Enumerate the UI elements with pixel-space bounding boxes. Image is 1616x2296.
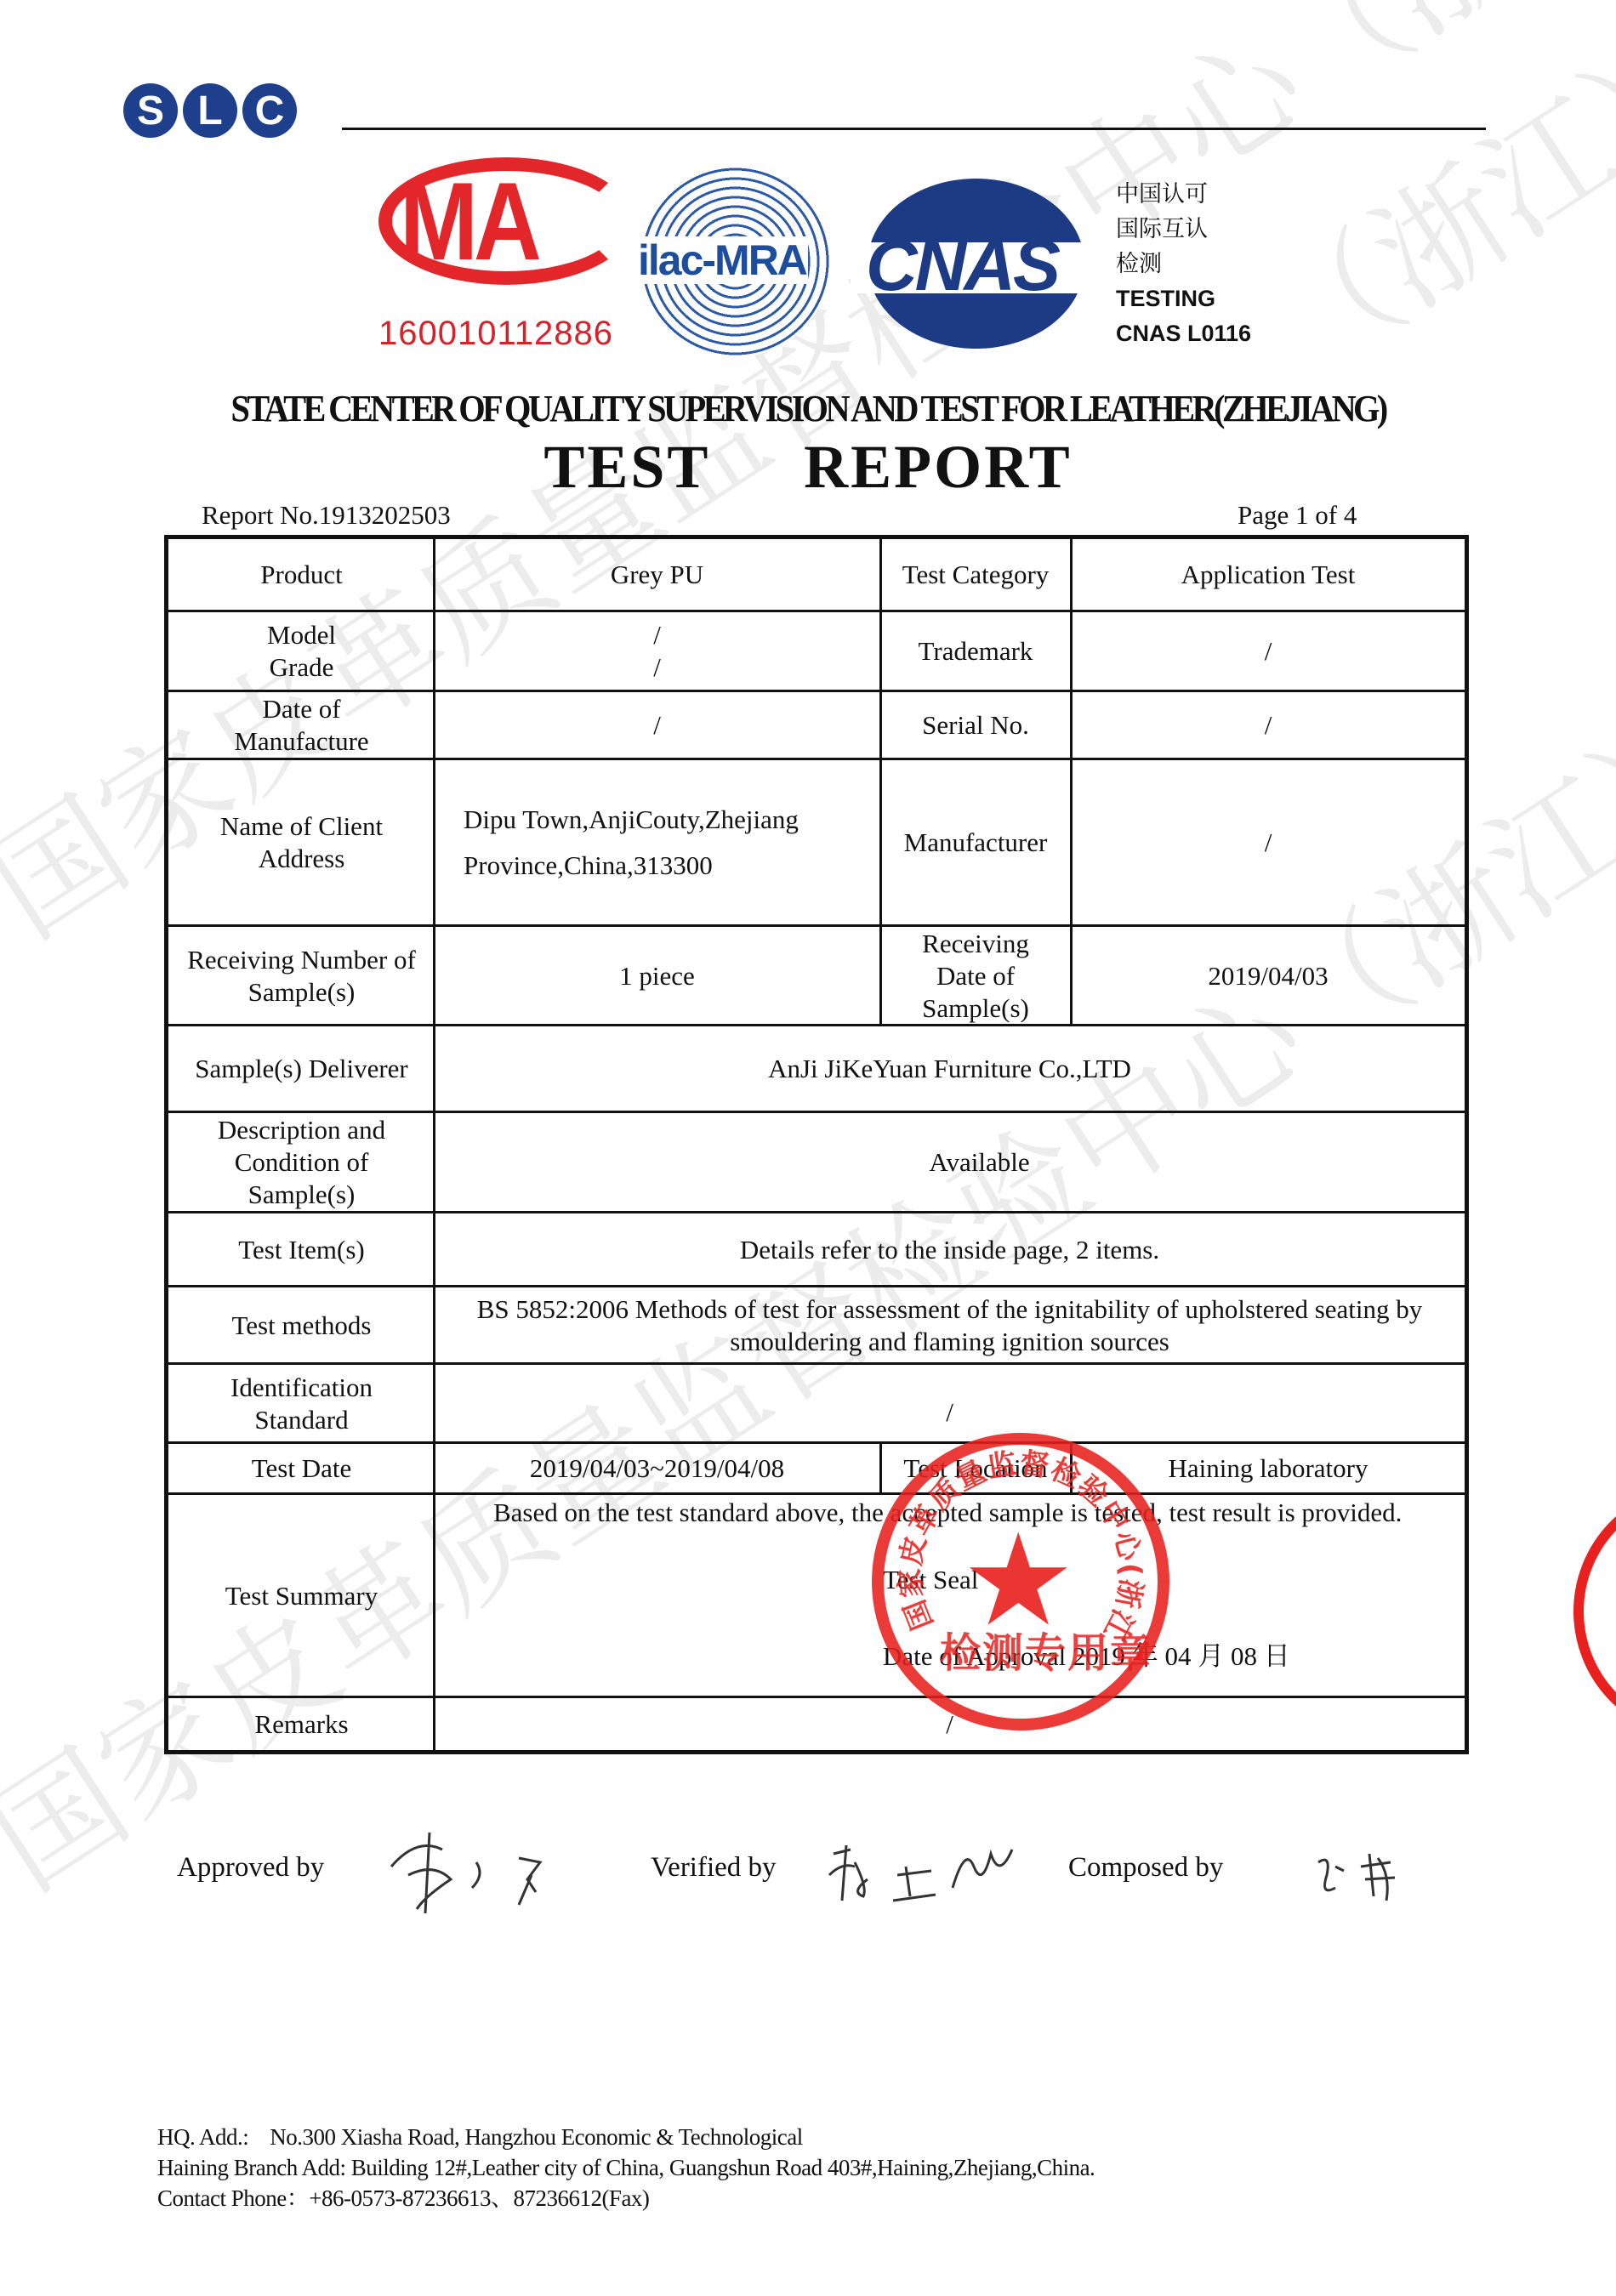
deliverer-value: AnJi JiKeYuan Furniture Co.,LTD xyxy=(435,1026,1465,1111)
footer-contact-phone: Contact Phone：+86-0573-87236613、87236612… xyxy=(157,2183,1095,2214)
cnas-code: CNAS L0116 xyxy=(1116,321,1251,346)
identification-value: / xyxy=(435,1365,1465,1442)
client-value: Dipu Town,AnjiCouty,Zhejiang Province,Ch… xyxy=(435,760,879,925)
composed-by-label: Composed by xyxy=(1068,1852,1223,1884)
test-category-label: Test Category xyxy=(881,539,1070,611)
grade-value: / xyxy=(653,651,661,684)
identification-label: Identification Standard xyxy=(211,1365,392,1442)
serial-no-value: / xyxy=(1072,692,1465,759)
product-label: Product xyxy=(168,539,435,611)
receiving-number-label: Receiving Number of Sample(s) xyxy=(185,927,418,1025)
date-of-manufacture-label: Date of Manufacture xyxy=(219,692,384,759)
cma-logo-text: MA xyxy=(400,166,538,276)
organization-name: STATE CENTER OF QUALITY SUPERVISION AND … xyxy=(65,387,1551,430)
watermark-text: （浙江） xyxy=(1225,0,1616,409)
test-methods-value: BS 5852:2006 Methods of test for assessm… xyxy=(443,1287,1456,1363)
receiving-date-label: Receiving Date of Sample(s) xyxy=(900,927,1051,1025)
composed-signature xyxy=(1310,1828,1412,1913)
test-date-value: 2019/04/03~2019/04/08 xyxy=(435,1444,879,1493)
test-items-value: Details refer to the inside page, 2 item… xyxy=(435,1213,1465,1286)
summary-label: Test Summary xyxy=(168,1495,435,1696)
slc-logo: S L C xyxy=(123,83,297,138)
client-label: Name of Client Address xyxy=(202,760,401,925)
report-title: TEST REPORT xyxy=(0,432,1616,503)
cnas-line: 中国认可 xyxy=(1116,177,1251,212)
test-methods-label: Test methods xyxy=(168,1287,435,1363)
footer-hq-address: HQ. Add.: No.300 Xiasha Road, Hangzhou E… xyxy=(157,2122,1095,2152)
client-address-line: Dipu Town,AnjiCouty,Zhejiang xyxy=(464,797,799,843)
model-value: / xyxy=(653,619,661,651)
manufacturer-value: / xyxy=(1072,760,1465,925)
ilac-mra-text: ilac-MRA xyxy=(636,236,808,284)
test-items-label: Test Item(s) xyxy=(168,1213,435,1286)
approved-by-label: Approved by xyxy=(177,1852,324,1884)
footer-contact: HQ. Add.: No.300 Xiasha Road, Hangzhou E… xyxy=(157,2122,1095,2214)
slc-logo-c: C xyxy=(242,83,297,138)
seal-bottom-text: 检测专用章 xyxy=(940,1620,1152,1679)
trademark-value: / xyxy=(1072,612,1465,691)
verified-by-label: Verified by xyxy=(651,1852,777,1884)
remarks-label: Remarks xyxy=(168,1698,435,1750)
approved-signature xyxy=(383,1828,578,1922)
cnas-line: 检测 xyxy=(1116,247,1251,281)
grade-label: Grade xyxy=(270,651,334,684)
footer-branch-address: Haining Branch Add: Building 12#,Leather… xyxy=(157,2152,1095,2183)
cnas-line: 国际互认 xyxy=(1116,212,1251,247)
cma-number: 160010112886 xyxy=(378,315,613,353)
client-address-line: Province,China,313300 xyxy=(464,843,713,889)
test-category-value: Application Test xyxy=(1072,539,1465,611)
model-label: Model xyxy=(267,619,336,651)
description-value: Available xyxy=(435,1113,1465,1212)
header-rule xyxy=(342,128,1486,130)
date-of-manufacture-value: / xyxy=(435,692,879,759)
description-label: Description and Condition of Sample(s) xyxy=(202,1113,401,1212)
page-number: Page 1 of 4 xyxy=(1238,500,1357,531)
report-table: Product Grey PU Test Category Applicatio… xyxy=(164,535,1469,1754)
deliverer-label: Sample(s) Deliverer xyxy=(168,1026,435,1111)
receiving-date-value: 2019/04/03 xyxy=(1072,927,1465,1025)
verified-signature xyxy=(817,1828,1029,1913)
slc-logo-l: L xyxy=(183,83,237,138)
partial-seal-edge xyxy=(1573,1484,1616,1739)
trademark-label: Trademark xyxy=(881,612,1070,691)
cnas-testing: TESTING xyxy=(1116,286,1215,311)
cnas-accreditation-text: 中国认可 国际互认 检测 TESTING CNAS L0116 xyxy=(1116,177,1251,351)
serial-no-label: Serial No. xyxy=(881,692,1070,759)
report-number: Report No.1913202503 xyxy=(202,500,451,531)
model-grade-label: Model Grade xyxy=(168,612,435,691)
manufacturer-label: Manufacturer xyxy=(881,760,1070,925)
test-date-label: Test Date xyxy=(168,1444,435,1493)
model-grade-value: / / xyxy=(435,612,879,691)
cnas-logo-text: CNAS xyxy=(866,223,1058,308)
slc-logo-s: S xyxy=(123,83,178,138)
product-value: Grey PU xyxy=(435,539,879,611)
receiving-number-value: 1 piece xyxy=(435,927,879,1025)
